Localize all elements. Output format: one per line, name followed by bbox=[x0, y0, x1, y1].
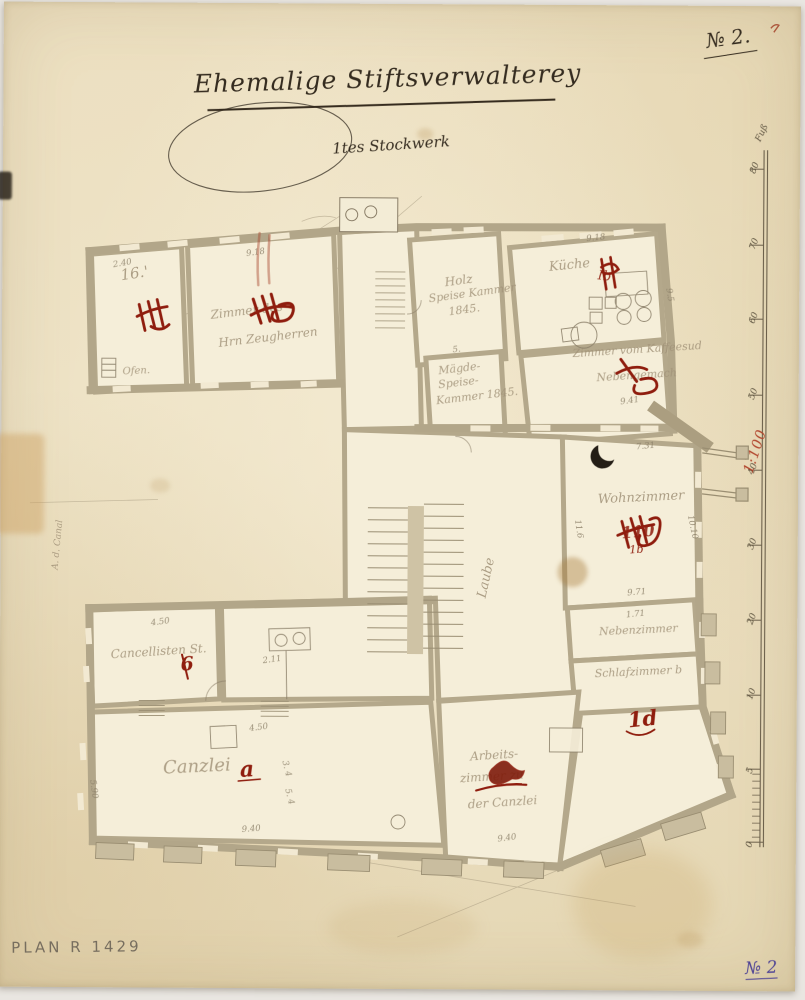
scale-tick-20: 20 bbox=[745, 612, 759, 627]
room-band-2 bbox=[221, 597, 433, 701]
side-note-canal: A. d. Canal bbox=[50, 519, 65, 571]
scale-bar-ticks bbox=[746, 169, 768, 842]
scale-bar-lines bbox=[760, 150, 768, 847]
red-mark-1b: 1b bbox=[629, 543, 644, 557]
stair-center-wall bbox=[407, 506, 424, 654]
dim-1: 9.18 bbox=[586, 232, 606, 244]
stamp-bottom-left: PLAN R 1429 bbox=[11, 937, 142, 956]
scanned-plan-sheet: Ehemalige Stiftsverwalterey 1tes Stockwe… bbox=[0, 0, 805, 1000]
dim-14: 9.71 bbox=[627, 587, 647, 599]
label-canzlei: Canzlei bbox=[163, 754, 232, 778]
scale-tick-5: 5 bbox=[745, 766, 756, 775]
scale-tick-80: 80 bbox=[748, 161, 761, 175]
dim-16: 5. bbox=[452, 344, 461, 355]
red-mark-1d: 1d bbox=[627, 705, 659, 733]
scale-tick-0: 0 bbox=[744, 840, 755, 849]
scale-tick-50: 50 bbox=[747, 387, 760, 401]
scale-tick-70: 70 bbox=[748, 237, 761, 251]
scale-tick-10: 10 bbox=[745, 687, 758, 701]
red-check-top-right bbox=[771, 25, 779, 33]
scale-bar bbox=[746, 150, 768, 847]
room-kueche bbox=[509, 233, 665, 354]
drawing-area: Ehemalige Stiftsverwalterey 1tes Stockwe… bbox=[0, 0, 805, 1000]
paper-sheet: Ehemalige Stiftsverwalterey 1tes Stockwe… bbox=[0, 2, 801, 992]
red-mark-6: 6 bbox=[180, 653, 195, 676]
dim-7: 1.71 bbox=[626, 609, 646, 621]
porch-structure bbox=[702, 446, 748, 501]
label-ofen: Ofen. bbox=[122, 365, 150, 377]
arbeits-table bbox=[549, 728, 582, 752]
scale-unit: Fuß bbox=[753, 123, 770, 145]
scale-tick-60: 60 bbox=[747, 311, 760, 325]
red-mark-a: a bbox=[239, 756, 255, 783]
scale-tick-30: 30 bbox=[746, 537, 759, 551]
dim-11: 9.40 bbox=[241, 823, 261, 835]
scale-bar-subticks bbox=[752, 774, 760, 837]
archive-number-bottom: № 2 bbox=[745, 957, 778, 979]
red-mark-110: 110 bbox=[621, 521, 656, 543]
chimney-block bbox=[340, 198, 398, 232]
red-mark-kueche: Ib bbox=[596, 268, 612, 285]
dim-4: 7.31 bbox=[636, 441, 656, 453]
